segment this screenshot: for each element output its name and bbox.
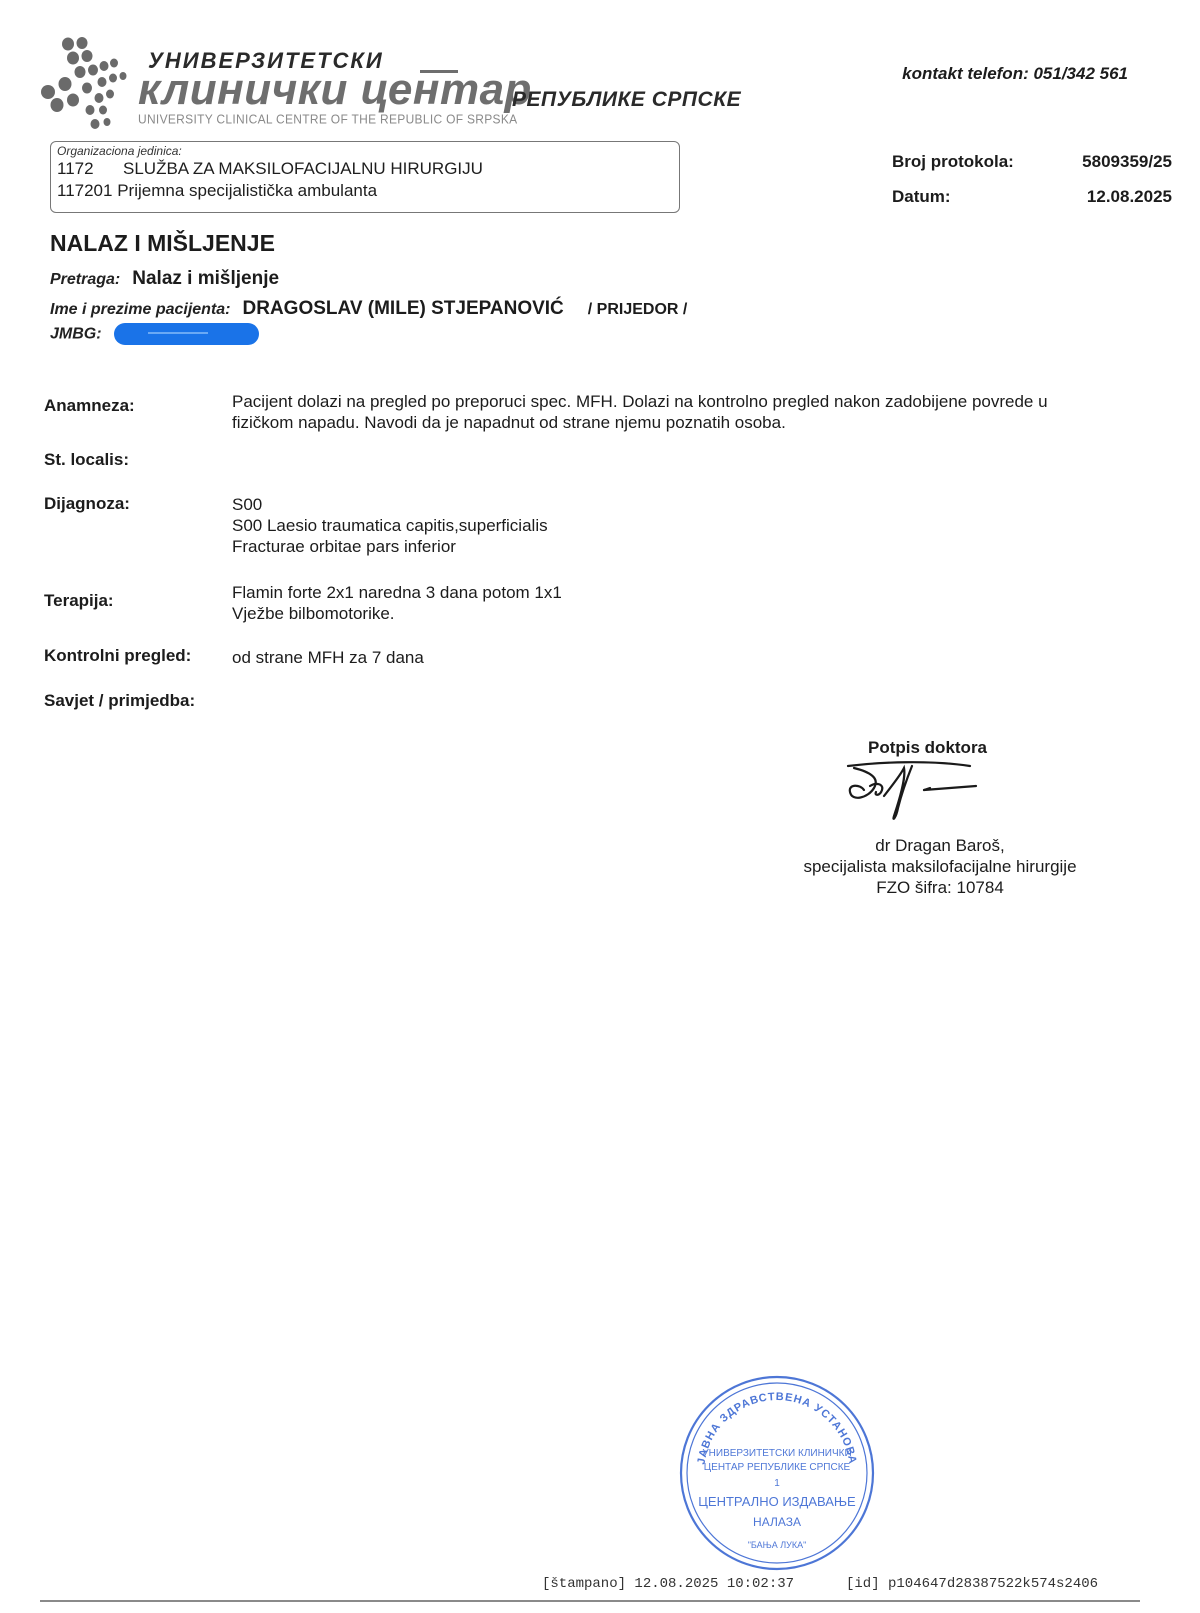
doctor-specialty: specijalista maksilofacijalne hirurgije: [740, 856, 1140, 877]
search-row: Pretraga:Nalaz i mišljenje: [50, 268, 279, 290]
protocol-number: Broj protokola:5809359/25: [892, 152, 1172, 172]
finding-label-savjet: Savjet / primjedba:: [44, 691, 195, 711]
doctor-code: FZO šifra: 10784: [740, 877, 1140, 898]
patient-name: DRAGOSLAV (MILE) STJEPANOVIĆ: [243, 298, 564, 319]
finding-value-dijagnoza: S00 S00 Laesio traumatica capitis,superf…: [232, 494, 1132, 557]
finding-label-terapija: Terapija:: [44, 591, 114, 611]
finding-line: od strane MFH za 7 dana: [232, 647, 1132, 668]
document-date: Datum:12.08.2025: [892, 187, 1172, 207]
protocol-label: Broj protokola:: [892, 152, 1032, 172]
finding-label-st-localis: St. localis:: [44, 450, 129, 470]
signature-block: dr Dragan Baroš, specijalista maksilofac…: [740, 835, 1140, 898]
org-unit-code: 1172: [57, 158, 123, 180]
document-id: [id] p104647d28387522k574s2406: [846, 1576, 1098, 1592]
logo-line-2: клинички центар: [138, 68, 532, 112]
finding-value-kontrolni-pregled: od strane MFH za 7 dana: [232, 647, 1132, 668]
logo-english-name: UNIVERSITY CLINICAL CENTRE OF THE REPUBL…: [138, 111, 517, 126]
finding-line: Vježbe bilbomotorike.: [232, 603, 1132, 624]
stamp-line-5: НАЛАЗА: [753, 1515, 801, 1529]
finding-line: Pacijent dolazi na pregled po preporuci …: [232, 391, 1132, 412]
finding-line: Fracturae orbitae pars inferior: [232, 536, 1132, 557]
official-stamp-icon: ЈАВНА ЗДРАВСТВЕНА УСТАНОВА УНИВЕРЗИТЕТСК…: [676, 1372, 878, 1574]
stamp-line-2: ЦЕНТАР РЕПУБЛИКЕ СРПСКЕ: [704, 1462, 851, 1473]
contact-phone: kontakt telefon: 051/342 561: [902, 64, 1128, 84]
org-unit-name: Prijemna specijalistička ambulanta: [117, 181, 377, 200]
stamp-line-3: 1: [774, 1478, 780, 1489]
stamp-line-1: УНИВЕРЗИТЕТСКИ КЛИНИЧКИ: [702, 1448, 851, 1459]
org-unit-line: 117201 Prijemna specijalistička ambulant…: [57, 180, 673, 202]
doctor-name: dr Dragan Baroš,: [740, 835, 1140, 856]
dots-logo-icon: [40, 36, 130, 136]
signature-title: Potpis doktora: [868, 738, 987, 758]
org-unit-line: 1172SLUŽBA ZA MAKSILOFACIJALNU HIRURGIJU: [57, 158, 673, 180]
finding-label-kontrolni-pregled: Kontrolni pregled:: [44, 646, 191, 666]
org-unit-label: Organizaciona jedinica:: [57, 144, 673, 158]
finding-value-anamneza: Pacijent dolazi na pregled po preporuci …: [232, 391, 1132, 433]
logo-line-3: РЕПУБЛИКЕ СРПСКЕ: [512, 88, 741, 112]
jmbg-label: JMBG:: [50, 325, 102, 342]
printed-timestamp: [štampano] 12.08.2025 10:02:37: [542, 1576, 794, 1592]
jmbg-row: JMBG:: [50, 323, 259, 345]
finding-line: S00: [232, 494, 1132, 515]
document-title: NALAZ I MIŠLJENJE: [50, 230, 275, 257]
finding-line: S00 Laesio traumatica capitis,superficia…: [232, 515, 1132, 536]
search-label: Pretraga:: [50, 271, 120, 288]
finding-label-dijagnoza: Dijagnoza:: [44, 494, 130, 514]
finding-value-terapija: Flamin forte 2x1 naredna 3 dana potom 1x…: [232, 582, 1132, 624]
patient-label: Ime i prezime pacijenta:: [50, 301, 231, 318]
footer-divider: [40, 1600, 1140, 1602]
org-unit-code: 117201: [57, 181, 112, 200]
handwritten-signature-icon: [840, 758, 1000, 838]
finding-line: Flamin forte 2x1 naredna 3 dana potom 1x…: [232, 582, 1132, 603]
protocol-value: 5809359/25: [1032, 152, 1172, 172]
search-value: Nalaz i mišljenje: [132, 268, 279, 289]
date-value: 12.08.2025: [1032, 187, 1172, 207]
jmbg-redaction: [114, 323, 259, 345]
patient-city: / PRIJEDOR /: [588, 301, 688, 318]
stamp-line-6: "БАЊА ЛУКА": [748, 1540, 807, 1550]
stamp-line-4: ЦЕНТРАЛНО ИЗДАВАЊЕ: [698, 1494, 856, 1509]
date-label: Datum:: [892, 187, 1032, 207]
org-unit-name: SLUŽBA ZA MAKSILOFACIJALNU HIRURGIJU: [123, 159, 483, 178]
finding-line: fizičkom napadu. Navodi da je napadnut o…: [232, 412, 1132, 433]
patient-row: Ime i prezime pacijenta:DRAGOSLAV (MILE)…: [50, 298, 687, 320]
finding-label-anamneza: Anamneza:: [44, 396, 135, 416]
org-unit-box: Organizaciona jedinica: 1172SLUŽBA ZA MA…: [50, 141, 680, 213]
